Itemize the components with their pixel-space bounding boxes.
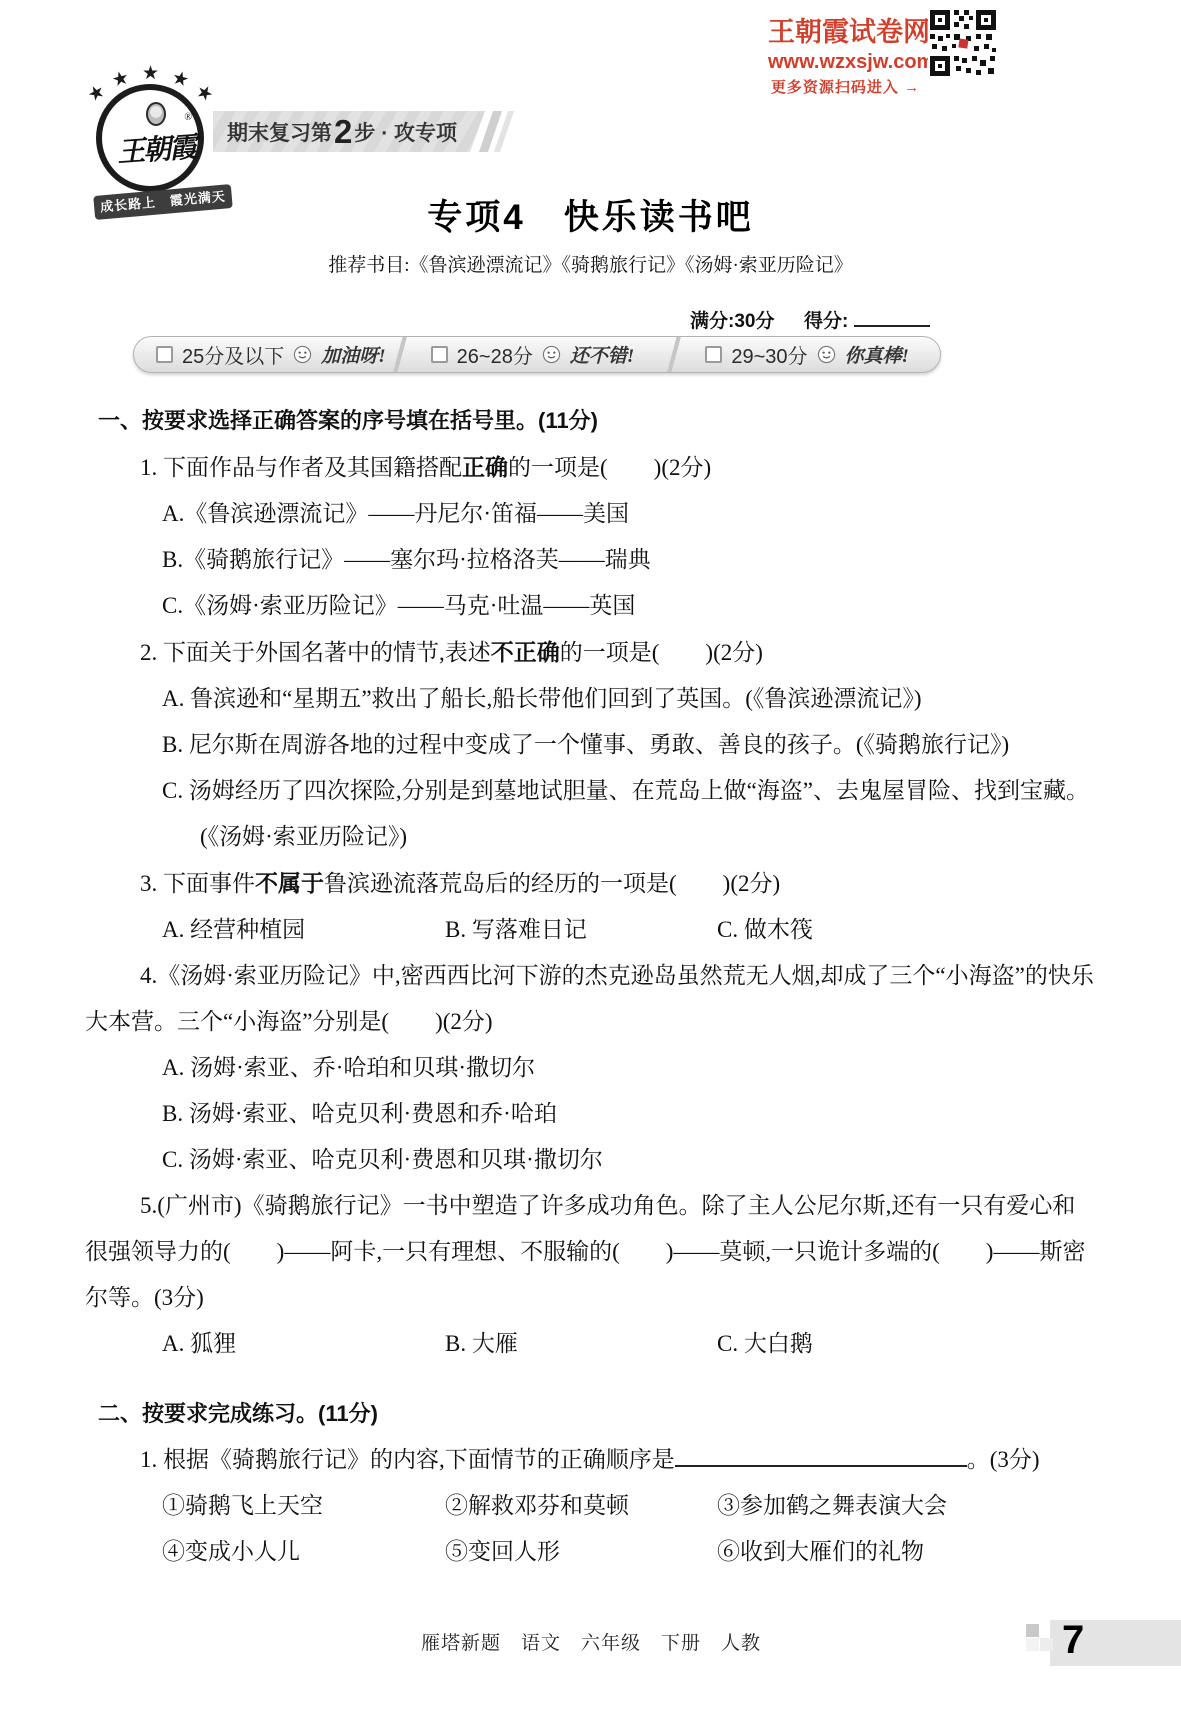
- sequence-item-5: ⑤变回人形: [445, 1529, 717, 1575]
- question-text: 3. 下面事件: [140, 871, 255, 896]
- worksheet-page: 王朝霞试卷网 www.wzxsjw.com 更多资源扫码进入 → ★ ★ ★ ★…: [0, 0, 1181, 1730]
- question-text: 鲁滨逊流落荒岛后的经历的一项是( )(2分): [324, 871, 780, 896]
- option-a: A. 经营种植园: [162, 907, 445, 953]
- question-3: 3. 下面事件不属于鲁滨逊流落荒岛后的经历的一项是( )(2分): [85, 860, 1097, 907]
- option-row: A. 经营种植园 B. 写落难日记 C. 做木筏: [162, 907, 1097, 953]
- option-c: C. 做木筏: [717, 907, 1097, 953]
- smiley-icon: [542, 345, 561, 364]
- question-4: 4.《汤姆·索亚历险记》中,密西西比河下游的杰克逊岛虽然荒无人烟,却成了三个“小…: [85, 953, 1097, 1045]
- brand-site-name: 王朝霞试卷网: [768, 10, 923, 49]
- score-band-high: 29~30分 你真棒!: [683, 340, 940, 369]
- question-text: 。(3分): [967, 1447, 1040, 1472]
- banner-text-post: 步 · 攻专项: [354, 117, 457, 147]
- score-line: 满分:30分 得分:: [690, 306, 946, 333]
- score-band-mid: 26~28分 还不错!: [409, 340, 666, 369]
- qr-code-icon: [928, 8, 998, 78]
- sequence-item-1: ①骑鹅飞上天空: [162, 1483, 445, 1529]
- option-c: C.《汤姆·索亚历险记》——马克·吐温——英国: [85, 583, 1097, 629]
- answer-blank[interactable]: [675, 1444, 967, 1467]
- publisher-badge-logo: ★ ★ ★ ★ ★ 王朝霞 ® 成长路上 霞光满天: [92, 74, 214, 196]
- option-b: B. 尼尔斯在周游各地的过程中变成了一个懂事、勇敢、善良的孩子。(《骑鹅旅行记》…: [85, 722, 1097, 768]
- option-b: B.《骑鹅旅行记》——塞尔玛·拉格洛芙——瑞典: [85, 537, 1097, 583]
- band-range-label: 26~28分: [457, 340, 533, 369]
- checkbox[interactable]: [156, 346, 173, 363]
- question-emphasis: 不属于: [255, 870, 324, 896]
- page-title: 专项4 快乐读书吧: [0, 190, 1181, 240]
- option-c: C. 大白鹅: [717, 1321, 1097, 1367]
- sequence-item-2: ②解救邓芬和莫顿: [445, 1483, 717, 1529]
- banner-text-pre: 期末复习第: [227, 117, 332, 147]
- footer-book-info: 雁塔新题 语文 六年级 下册 人教: [85, 1628, 1097, 1655]
- band-comment: 加油呀!: [321, 341, 385, 368]
- question-5: 5.(广州市)《骑鹅旅行记》一书中塑造了许多成功角色。除了主人公尼尔斯,还有一只…: [85, 1183, 1097, 1321]
- question-emphasis: 正确: [462, 454, 508, 480]
- sequence-item-6: ⑥收到大雁们的礼物: [717, 1529, 1097, 1575]
- question-emphasis: 不正确: [491, 639, 560, 665]
- badge-circle: 王朝霞 ® 成长路上 霞光满天: [96, 84, 204, 192]
- sequence-item-4: ④变成小人儿: [162, 1529, 445, 1575]
- brand-qr-caption: 更多资源扫码进入 →: [768, 76, 923, 97]
- star-icon: ★: [84, 79, 110, 107]
- band-comment: 还不错!: [570, 341, 634, 368]
- sequence-item-3: ③参加鹤之舞表演大会: [717, 1483, 1097, 1529]
- band-range-label: 25分及以下: [182, 340, 284, 369]
- badge-name: 王朝霞: [101, 124, 212, 171]
- option-c: C. 汤姆·索亚、哈克贝利·费恩和贝琪·撒切尔: [85, 1137, 1097, 1183]
- score-band-low: 25分及以下 加油呀!: [134, 340, 391, 369]
- option-b: B. 大雁: [445, 1321, 717, 1367]
- score-band-bar: 25分及以下 加油呀! 26~28分 还不错! 29~30分 你真棒!: [133, 336, 941, 373]
- option-b: B. 汤姆·索亚、哈克贝利·费恩和乔·哈珀: [85, 1091, 1097, 1137]
- question-2: 2. 下面关于外国名著中的情节,表述不正确的一项是( )(2分): [85, 629, 1097, 676]
- brand-block: 王朝霞试卷网 www.wzxsjw.com 更多资源扫码进入 →: [768, 10, 923, 97]
- brand-site-url: www.wzxsjw.com: [768, 51, 923, 74]
- checkbox[interactable]: [431, 346, 448, 363]
- option-b: B. 写落难日记: [445, 907, 717, 953]
- question-1: 1. 下面作品与作者及其国籍搭配正确的一项是( )(2分): [85, 444, 1097, 491]
- checkbox[interactable]: [705, 346, 722, 363]
- question-text: 的一项是( )(2分): [508, 455, 711, 480]
- banner-step-number: 2: [334, 115, 352, 148]
- chapter-banner: 期末复习第 2 步 · 攻专项: [213, 111, 485, 152]
- question-text: 2. 下面关于外国名著中的情节,表述: [140, 640, 491, 665]
- sequence-item-row: ④变成小人儿 ⑤变回人形 ⑥收到大雁们的礼物: [162, 1529, 1097, 1575]
- band-comment: 你真棒!: [845, 341, 909, 368]
- exam-content: 一、按要求选择正确答案的序号填在括号里。(11分) 1. 下面作品与作者及其国籍…: [85, 398, 1097, 1575]
- score-input-blank[interactable]: [854, 308, 930, 327]
- band-separator: [665, 337, 683, 372]
- smiley-icon: [817, 345, 836, 364]
- page-number: 7: [1062, 1618, 1122, 1663]
- section1-heading: 一、按要求选择正确答案的序号填在括号里。(11分): [98, 398, 1097, 444]
- option-c: C. 汤姆经历了四次探险,分别是到墓地试胆量、在荒岛上做“海盗”、去鬼屋冒险、找…: [85, 768, 1097, 860]
- registered-mark: ®: [184, 112, 192, 123]
- star-icon: ★: [192, 79, 218, 107]
- option-a: A. 汤姆·索亚、乔·哈珀和贝琪·撒切尔: [85, 1045, 1097, 1091]
- question-text: 的一项是( )(2分): [560, 640, 763, 665]
- band-separator: [391, 337, 409, 372]
- question-text: 1. 根据《骑鹅旅行记》的内容,下面情节的正确顺序是: [140, 1447, 675, 1472]
- sequence-item-row: ①骑鹅飞上天空 ②解救邓芬和莫顿 ③参加鹤之舞表演大会: [162, 1483, 1097, 1529]
- recommended-books-subtitle: 推荐书目:《鲁滨逊漂流记》《骑鹅旅行记》《汤姆·索亚历险记》: [0, 250, 1181, 277]
- full-score-label: 满分:30分: [690, 311, 774, 332]
- section2-heading: 二、按要求完成练习。(11分): [98, 1391, 1097, 1437]
- smiley-icon: [293, 345, 312, 364]
- portrait-icon: [146, 102, 166, 126]
- option-a: A. 鲁滨逊和“星期五”救出了船长,船长带他们回到了英国。(《鲁滨逊漂流记》): [85, 676, 1097, 722]
- star-icon: ★: [142, 62, 159, 85]
- option-a: A.《鲁滨逊漂流记》——丹尼尔·笛福——美国: [85, 491, 1097, 537]
- band-range-label: 29~30分: [731, 340, 807, 369]
- question-text: 1. 下面作品与作者及其国籍搭配: [140, 455, 462, 480]
- got-score-label: 得分:: [804, 311, 848, 332]
- option-row: A. 狐狸 B. 大雁 C. 大白鹅: [162, 1321, 1097, 1367]
- option-a: A. 狐狸: [162, 1321, 445, 1367]
- section2-question-1: 1. 根据《骑鹅旅行记》的内容,下面情节的正确顺序是。(3分): [85, 1437, 1097, 1483]
